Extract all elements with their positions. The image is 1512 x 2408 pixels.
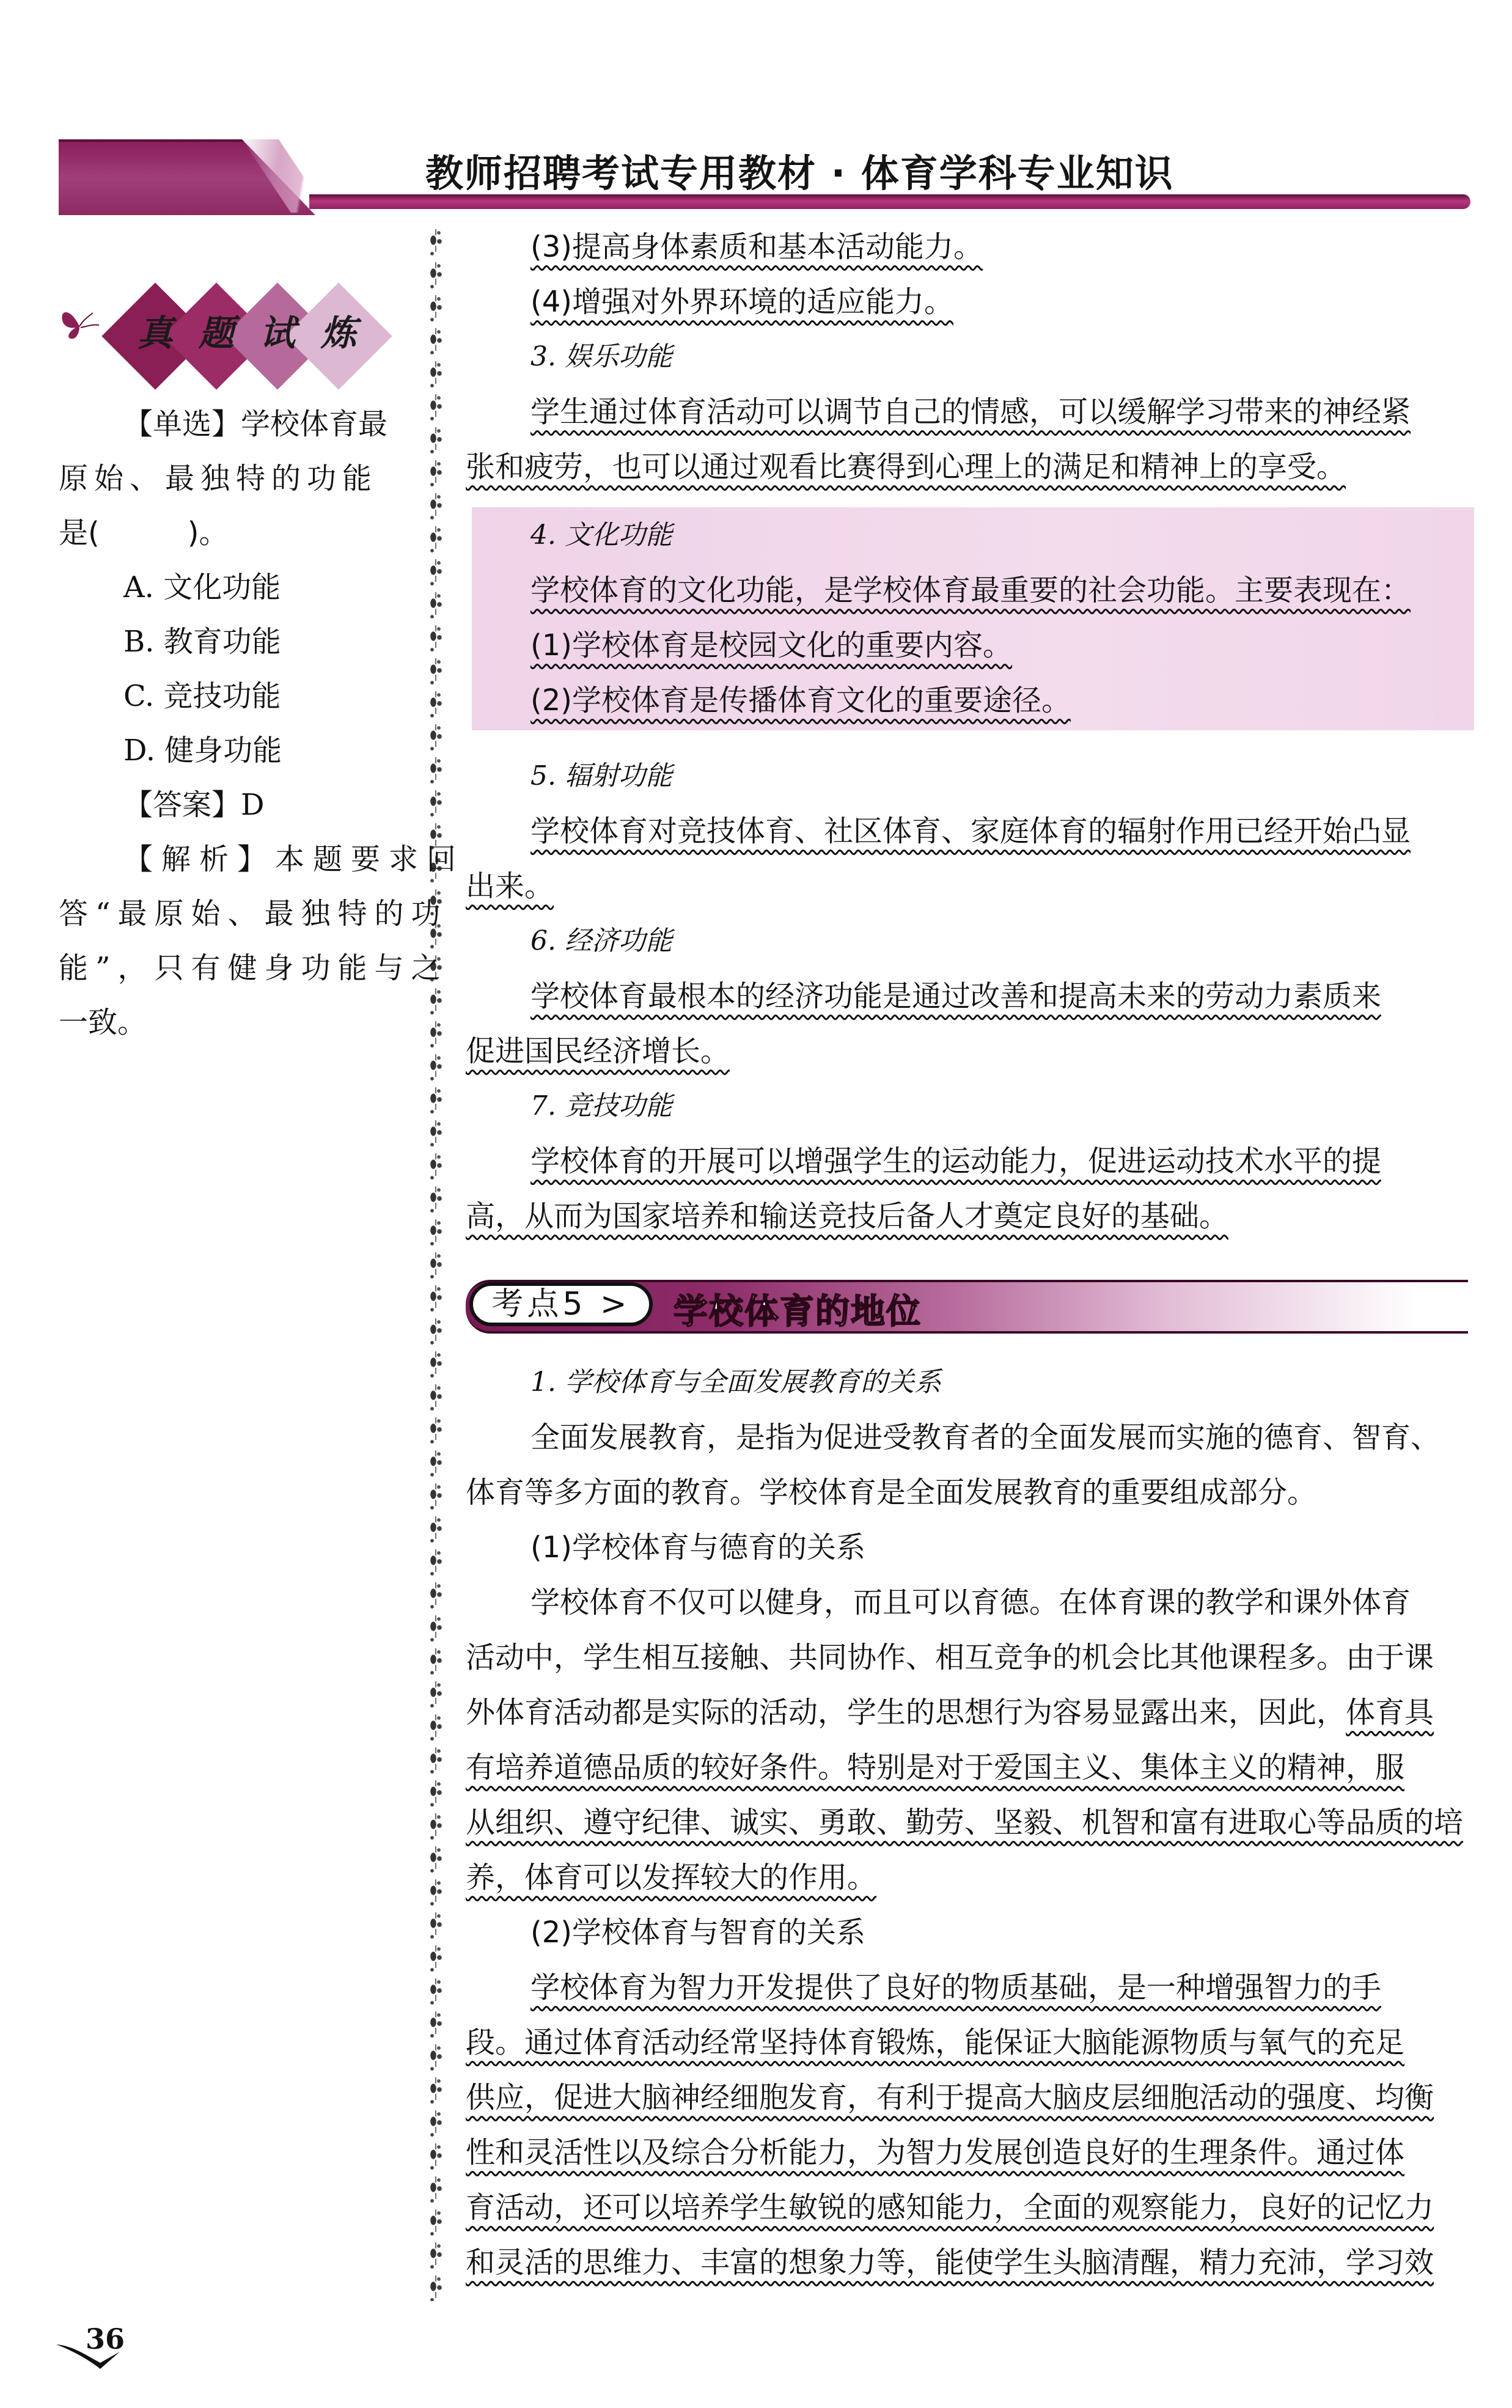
paragraph-line: 段。通过体育活动经常坚持体育锻炼，能保证大脑能源物质与氧气的充足	[466, 2024, 1404, 2061]
badge-char: 炼	[301, 304, 376, 356]
paragraph-line: 学校体育为智力开发提供了良好的物质基础，是一种增强智力的手	[530, 1969, 1381, 2006]
answer-value: D	[241, 788, 264, 822]
analysis-line: 【解析】本题要求回	[59, 832, 407, 887]
section-banner-kaodian-5: 考点5 > 学校体育的地位	[466, 1276, 1468, 1332]
question-line: 是( )。	[59, 506, 407, 560]
paragraph-line: 育活动，还可以培养学生敏锐的感知能力，全面的观察能力，良好的记忆力	[466, 2189, 1434, 2226]
paragraph-line: 学校体育最根本的经济功能是通过改善和提高未来的劳动力素质来	[530, 978, 1381, 1015]
section-title: 学校体育的地位	[673, 1285, 922, 1334]
paragraph-line: 活动中，学生相互接触、共同协作、相互竞争的机会比其他课程多。由于课	[466, 1639, 1434, 1676]
culture-point: (1)学校体育是校园文化的重要内容。	[530, 627, 1012, 664]
paragraph-line: 有培养道德品质的较好条件。特别是对于爱国主义、集体主义的精神，服	[466, 1749, 1404, 1786]
paragraph-line: 全面发展教育，是指为促进受教育者的全面发展而实施的德育、智育、	[530, 1419, 1440, 1456]
option-d: D. 健身功能	[59, 724, 407, 778]
sidebar-practice-question: 真 题 试 炼 【单选】学校体育最 原始、最独特的功能 是( )。 A. 文化功…	[59, 287, 407, 1050]
culture-point: (2)学校体育是传播体育文化的重要途径。	[530, 682, 1071, 719]
paragraph-line: 学校体育的开展可以增强学生的运动能力，促进运动技术水平的提	[530, 1143, 1381, 1180]
subheading-intellect: (2)学校体育与智育的关系	[530, 1914, 865, 1951]
analysis-line: 答“最原始、最独特的功	[59, 887, 407, 941]
paragraph-line: 从组织、遵守纪律、诚实、勇敢、勤劳、坚毅、机智和富有进取心等品质的培	[466, 1804, 1463, 1841]
column-divider-vine	[428, 229, 444, 2301]
paragraph-line: 促进国民经济增长。	[466, 1033, 730, 1070]
answer-tag: 【答案】	[123, 788, 241, 822]
paragraph-line: 学生通过体育活动可以调节自己的情感，可以缓解学习带来的神经紧	[530, 394, 1411, 430]
analysis-text: 本题要求回	[275, 842, 464, 876]
analysis-line: 一致。	[59, 996, 407, 1050]
paragraph-line: 外体育活动都是实际的活动，学生的思想行为容易显露出来，因此，体育具	[466, 1694, 1434, 1731]
option-label: D.	[123, 733, 155, 768]
plain-text: 外体育活动都是实际的活动，学生的思想行为容易显露出来，因此，	[466, 1695, 1346, 1730]
practice-badge: 真 题 试 炼	[59, 287, 407, 379]
option-label: A.	[123, 570, 154, 604]
function-point: (3)提高身体素质和基本活动能力。	[530, 229, 983, 265]
paragraph-line: 学校体育的文化功能，是学校体育最重要的社会功能。主要表现在：	[530, 572, 1411, 609]
paragraph-line: 性和灵活性以及综合分析能力，为智力发展创造良好的生理条件。通过体	[466, 2134, 1404, 2171]
section-number-pill: 考点5 >	[469, 1282, 653, 1326]
paragraph-line: 体育等多方面的教育。学校体育是全面发展教育的重要组成部分。	[466, 1474, 1316, 1511]
option-text: 教育功能	[164, 625, 281, 659]
paragraph-line: 和灵活的思维力、丰富的想象力等，能使学生头脑清醒，精力充沛，学习效	[466, 2244, 1434, 2281]
subheading-competitive: 7. 竞技功能	[530, 1088, 672, 1125]
page-header: 教师招聘考试专用教材 · 体育学科专业知识	[59, 139, 1470, 213]
option-label: B.	[123, 625, 155, 659]
option-text: 竞技功能	[164, 679, 281, 713]
option-label: C.	[123, 679, 154, 713]
subheading-entertainment: 3. 娱乐功能	[530, 339, 672, 375]
option-a: A. 文化功能	[59, 560, 407, 615]
function-point: (4)增强对外界环境的适应能力。	[530, 284, 953, 320]
paragraph-line: 学校体育不仅可以健身，而且可以育德。在体育课的教学和课外体育	[530, 1584, 1411, 1621]
option-c: C. 竞技功能	[59, 669, 407, 724]
book-title: 教师招聘考试专用教材 · 体育学科专业知识	[425, 143, 1174, 197]
paragraph-line: 出来。	[466, 868, 554, 905]
question-text: 学校体育最	[241, 407, 387, 441]
option-text: 文化功能	[163, 570, 281, 604]
paragraph-line: 张和疲劳，也可以通过观看比赛得到心理上的满足和精神上的享受。	[466, 449, 1346, 485]
analysis-tag: 【解析】	[123, 842, 275, 876]
question-line: 原始、最独特的功能	[59, 452, 407, 506]
subheading-moral: (1)学校体育与德育的关系	[530, 1529, 865, 1566]
paragraph-line: 养，体育可以发挥较大的作用。	[466, 1859, 876, 1896]
option-b: B. 教育功能	[59, 615, 407, 669]
underlined-text: 体育具	[1346, 1695, 1434, 1730]
analysis-line: 能”，只有健身功能与之	[59, 941, 407, 996]
butterfly-icon	[59, 302, 101, 342]
subheading-culture: 4. 文化功能	[530, 517, 672, 554]
subheading-economic: 6. 经济功能	[530, 923, 672, 960]
subheading-relation: 1. 学校体育与全面发展教育的关系	[530, 1364, 941, 1401]
question-type-tag: 【单选】	[123, 407, 241, 441]
paragraph-line: 高，从而为国家培养和输送竞技后备人才奠定良好的基础。	[466, 1198, 1228, 1235]
question-line: 【单选】学校体育最	[59, 397, 407, 452]
subheading-radiation: 5. 辐射功能	[530, 758, 672, 795]
option-text: 健身功能	[164, 733, 282, 768]
answer-line: 【答案】D	[59, 778, 407, 832]
paragraph-line: 供应，促进大脑神经细胞发育，有利于提高大脑皮层细胞活动的强度、均衡	[466, 2079, 1434, 2116]
page-number: 36	[86, 2322, 125, 2355]
paragraph-line: 学校体育对竞技体育、社区体育、家庭体育的辐射作用已经开始凸显	[530, 813, 1411, 850]
